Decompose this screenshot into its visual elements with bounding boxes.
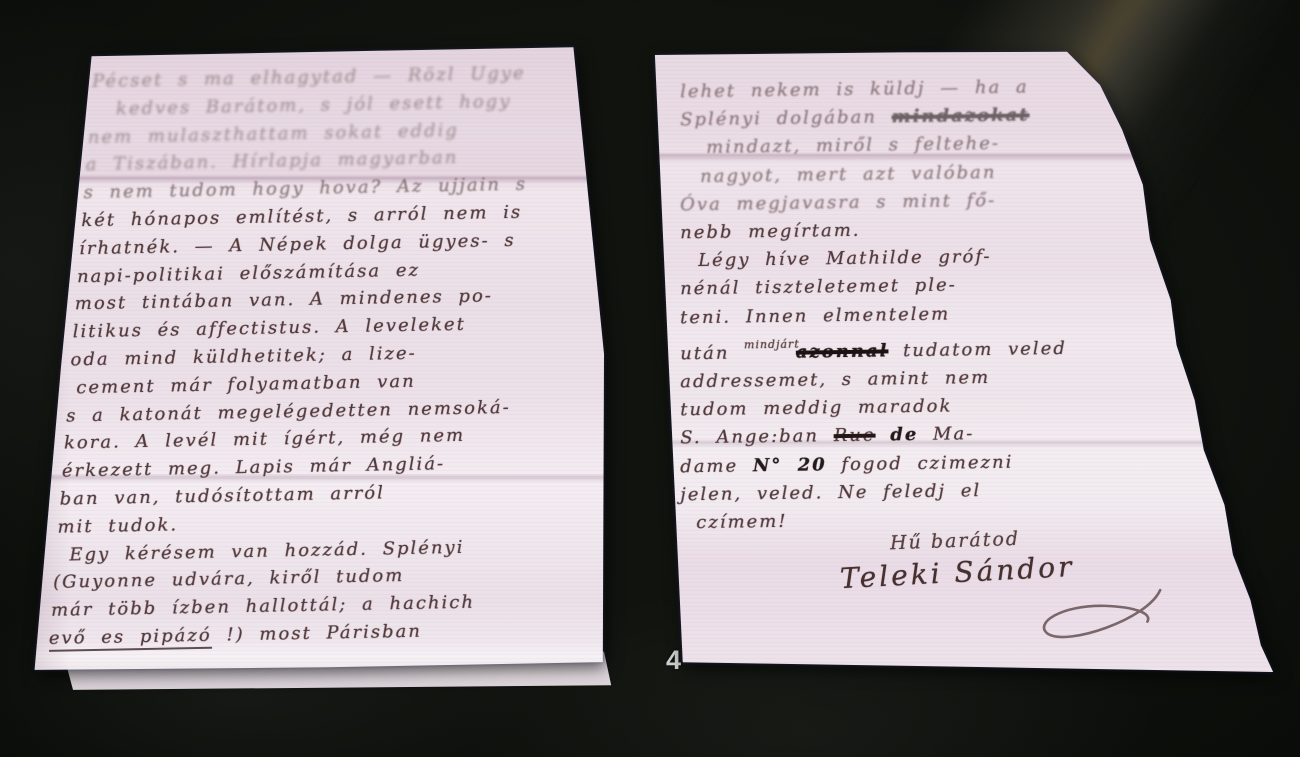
handwriting-line: lehet nekem is küldj — ha a	[680, 70, 1288, 107]
paper-sheet-left: Pécset s ma elhagytad — Rözl Ugyekedves …	[28, 42, 628, 692]
letter-page-right: lehet nekem is küldj — ha aSplényi dolgá…	[640, 38, 1288, 693]
display-case-photo: 4 Pécset s ma elhagytad — Rözl Ugyekedve…	[0, 0, 1300, 757]
paper-sheet-right: lehet nekem is küldj — ha aSplényi dolgá…	[640, 38, 1288, 693]
letter-page-left: Pécset s ma elhagytad — Rözl Ugyekedves …	[28, 42, 628, 692]
handwriting-left: Pécset s ma elhagytad — Rözl Ugyekedves …	[28, 42, 628, 653]
letter-signature: Teleki Sándor	[839, 550, 1075, 595]
signature-flourish	[1032, 583, 1178, 657]
handwriting-line: után mindjártazonnal tudatom veled	[680, 324, 1288, 369]
letter-closing: Hű barátod	[890, 528, 1021, 555]
handwriting-right: lehet nekem is küldj — ha aSplényi dolgá…	[640, 38, 1288, 538]
